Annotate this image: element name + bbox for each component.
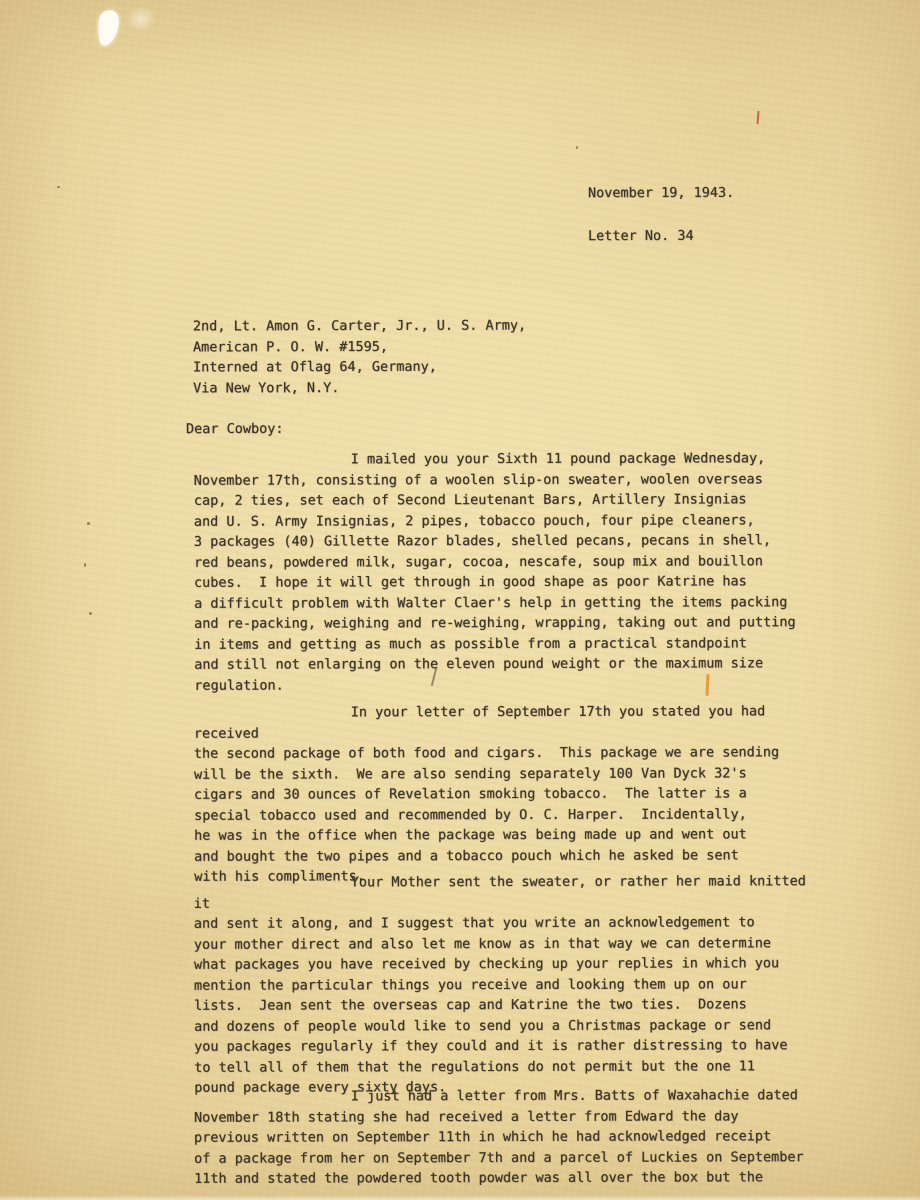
paper-tear-mark [96,9,121,47]
body-paragraph-2: In your letter of September 17th you sta… [194,701,822,887]
date-line: November 19, 1943. [588,183,734,204]
body-paragraph-4: I just had a letter from Mrs. Batts of W… [194,1085,822,1189]
paper-speck [576,146,578,149]
letter-page: November 19, 1943. Letter No. 34 2nd, Lt… [0,0,920,1200]
paper-speck [87,522,90,525]
salutation: Dear Cowboy: [186,419,284,440]
scan-bottom-edge [0,1195,920,1200]
letter-number: Letter No. 34 [588,226,694,247]
recipient-address-block: 2nd, Lt. Amon G. Carter, Jr., U. S. Army… [193,316,526,399]
paper-smudge-mark [124,3,159,35]
body-paragraph-3: Your Mother sent the sweater, or rather … [194,871,823,1098]
paper-speck [84,563,86,567]
paper-speck [57,186,60,188]
body-paragraph-1: I mailed you your Sixth 11 pound package… [194,448,823,696]
paper-speck [89,612,92,615]
red-ink-tick-mark [757,111,760,124]
